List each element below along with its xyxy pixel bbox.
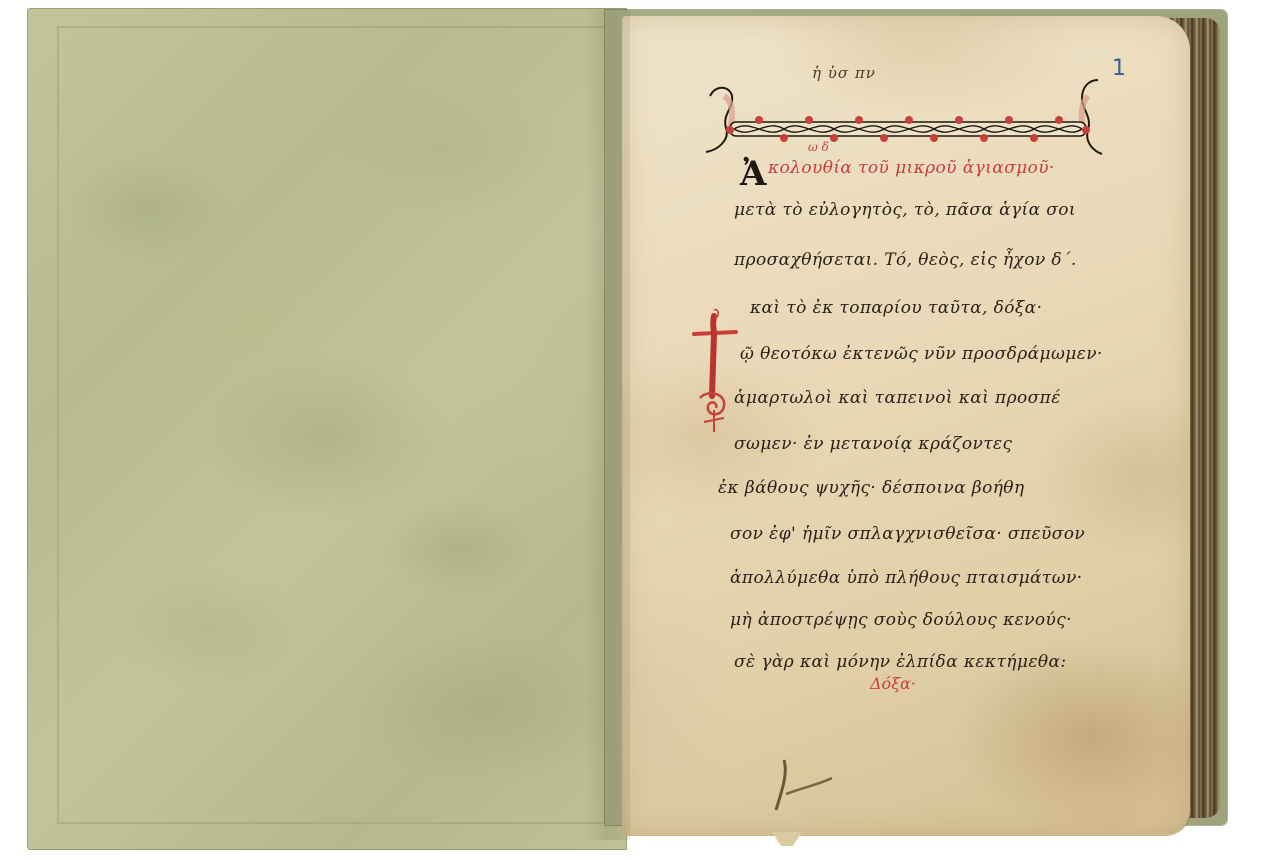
text-line-1: κολουθία τοῦ μικροῦ ἁγιασμοῦ· [768,158,1055,178]
text-line-5: ῷ θεοτόκω ἐκτενῶς νῦν προσδράμωμεν· [740,344,1103,364]
text-line-2: μετὰ τὸ εὐλογητὸς, τὸ, πᾶσα ἁγία σοι [734,200,1076,220]
closing-rubric: Δόξα· [870,674,916,693]
superscript-rubric: ω δ [808,140,829,154]
text-line-8: ἐκ βάθους ψυχῆς· δέσποινα βοήθη [718,478,1025,498]
left-cover-pastedown [27,8,627,850]
text-line-4: καὶ τὸ ἐκ τοπαρίου ταῦτα, δόξα· [750,298,1042,318]
open-manuscript: ἡ ὑσ πν 1 Ἀ [0,0,1280,860]
text-line-9: σον ἐφ' ἡμῖν σπλαγχνισθεῖσα· σπεῦσον [730,524,1085,544]
folio-1-recto: ἡ ὑσ πν 1 Ἀ [622,16,1190,836]
cover-turn-in [57,26,627,824]
text-line-6: ἁμαρτωλοὶ καὶ ταπεινοὶ καὶ προσπέ [734,388,1061,408]
text-line-7: σωμεν· ἐν μετανοίᾳ κράζοντες [734,434,1012,454]
ink-stroke-mark-icon [772,754,842,824]
leaf-tear [772,832,802,846]
gutter-shadow [585,10,630,840]
folio-number: 1 [1112,56,1126,81]
decorated-initial-a: Ἀ [740,154,766,194]
rubricated-initial-t-icon [690,306,740,436]
interlace-headpiece-icon [704,74,1104,164]
text-line-12: σὲ γὰρ καὶ μόνην ἐλπίδα κεκτήμεθα: [734,652,1066,672]
text-line-10: ἀπολλύμεθα ὑπὸ πλήθους πταισμάτων· [730,568,1083,588]
text-line-3: προσαχθήσεται. Τό, θεὸς, εἰς ἦχον δ΄. [734,250,1077,270]
text-line-11: μὴ ἀποστρέψῃς σοὺς δούλους κενούς· [730,610,1072,630]
